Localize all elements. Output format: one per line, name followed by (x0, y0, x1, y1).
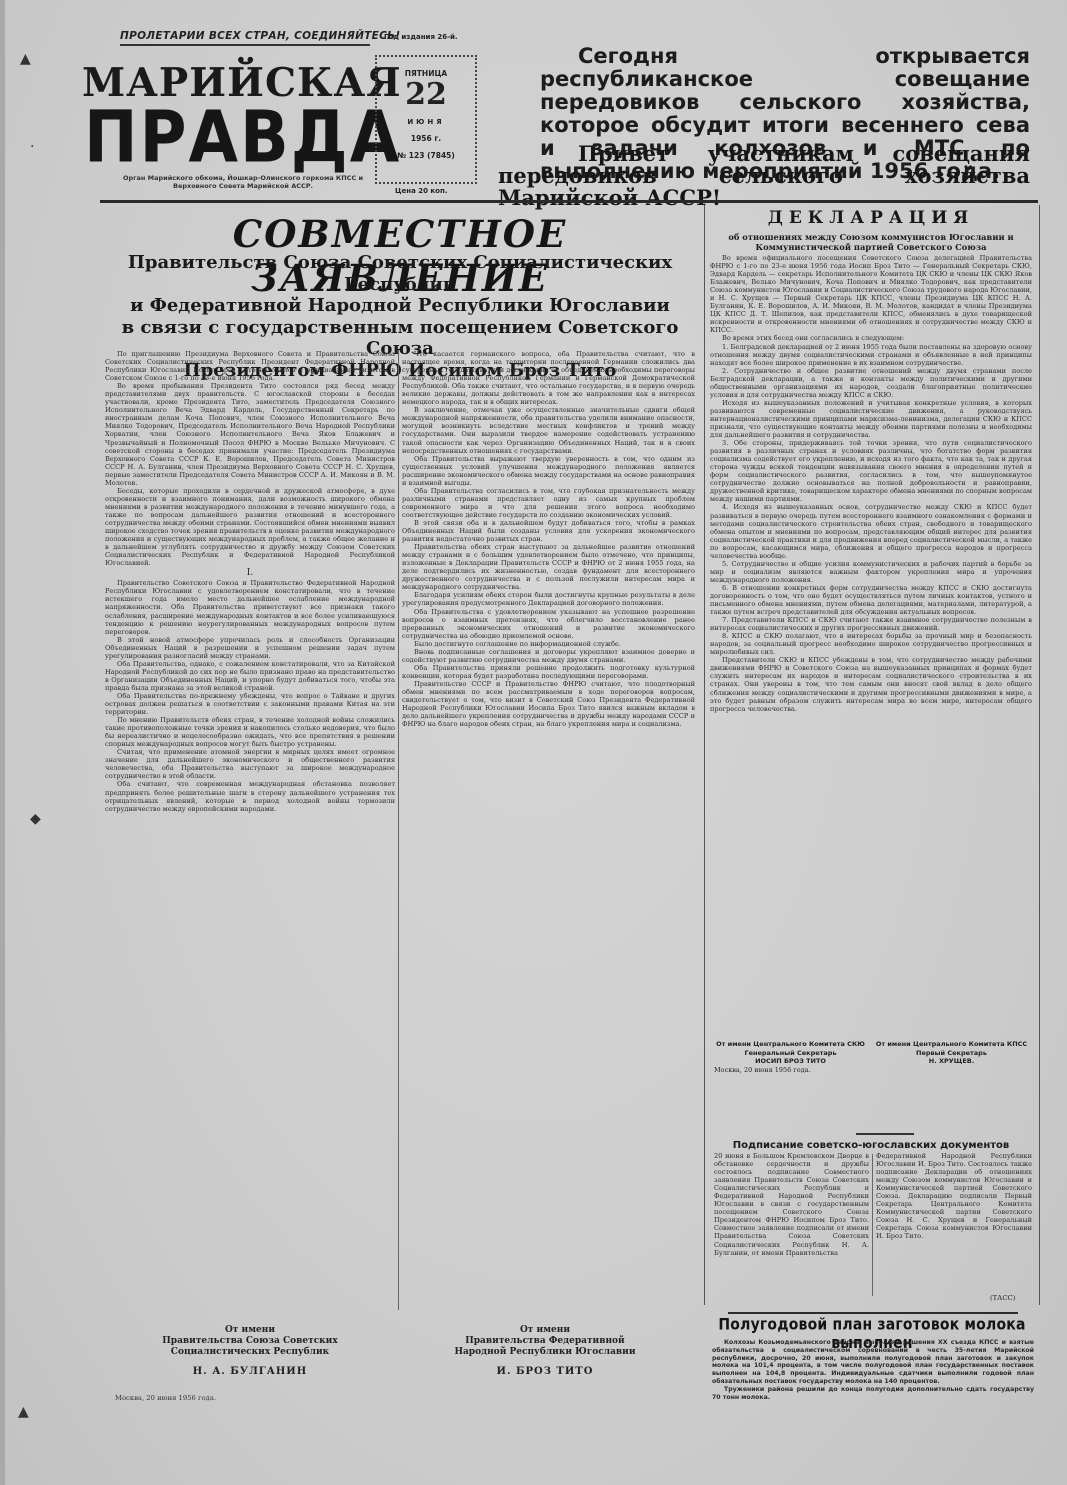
joint-statement-column-2: Что касается германского вопроса, оба Пр… (402, 350, 695, 1312)
paragraph: I. (105, 569, 395, 577)
signature-line: От имени (135, 1325, 365, 1336)
signature-yugoslavia: От имени Правительства Федеративной Наро… (430, 1325, 660, 1377)
news-source: (ТАСС) (990, 1294, 1015, 1302)
paragraph: 7. Представители КПСС и СКЮ считают такж… (710, 616, 1032, 632)
signature-on-behalf: От имени Центрального Комитета СКЮ (710, 1040, 871, 1049)
paragraph: 6. В отношении конкретных форм сотруднич… (710, 584, 1032, 616)
paragraph: Оба Правительства выражают твердую увере… (402, 455, 695, 487)
paragraph: В этой новой атмосфере упрочилась роль и… (105, 636, 395, 660)
section-divider (856, 1133, 914, 1135)
declaration-place-date: Москва, 20 июня 1956 года. (714, 1066, 1032, 1074)
declaration-title: ДЕКЛАРАЦИЯ (704, 208, 1038, 228)
paragraph: 2. Сотрудничество и общее развитие отнош… (710, 367, 1032, 399)
declaration-subtitle: об отношениях между Союзом коммунистов Ю… (710, 232, 1032, 252)
joint-statement-column-1: По приглашению Президиума Верховного Сов… (105, 350, 395, 1312)
signature-line: Правительства Федеративной (430, 1336, 660, 1347)
signature-line: Народной Республики Югославии (430, 1347, 660, 1358)
paragraph: Во время пребывания Президента Тито сост… (105, 382, 395, 487)
paragraph: Оба Правительства приняли решение продол… (402, 664, 695, 680)
paragraph: Оба Правительства с удовлетворением указ… (402, 608, 695, 640)
milk-article-body: Колхозы Козьмодемьянского района, выполн… (712, 1339, 1034, 1401)
signature-role: Первый Секретарь (871, 1049, 1032, 1058)
paragraph: Во время официального посещения Советско… (710, 254, 1032, 334)
declaration-body: Во время официального посещения Советско… (710, 254, 1032, 1038)
statement-place-date: Москва, 20 июня 1956 года. (115, 1394, 216, 1402)
year-of-publication: Год издания 26-й. (384, 33, 484, 41)
paragraph: Оба Правительства по-прежнему убеждены, … (105, 692, 395, 716)
paragraph: По приглашению Президиума Верховного Сов… (105, 350, 395, 382)
paragraph: 3. Обе стороны, придерживаясь той точки … (710, 439, 1032, 503)
paragraph: Оба считают, что современная международн… (105, 780, 395, 812)
paragraph: Оба Правительства, однако, с сожалением … (105, 660, 395, 692)
masthead-organ: Орган Марийского обкома, Йошкар-Олинског… (108, 174, 378, 190)
paragraph: Вновь подписанные соглашения и договоры … (402, 648, 695, 664)
binding-mark-icon: ▲ (18, 1405, 30, 1419)
signature-ussr: От имени Правительства Союза Советских С… (135, 1325, 365, 1377)
scan-edge (0, 0, 5, 1485)
paragraph: В этой связи оба и в дальнейшем будут до… (402, 519, 695, 543)
subtitle-line: и Федеративной Народной Республики Югосл… (100, 295, 700, 317)
signature-line: Социалистических Республик (135, 1347, 365, 1358)
day-number: 22 (377, 78, 475, 112)
signing-note-title: Подписание советско-югославских документ… (710, 1140, 1032, 1151)
newspaper-page: ▲ · ◆ ▲ ПРОЛЕТАРИИ ВСЕХ СТРАН, СОЕДИНЯЙТ… (0, 0, 1067, 1485)
paragraph: Правительство СССР и Правительство ФНРЮ … (402, 680, 695, 728)
signature-line: От имени (430, 1325, 660, 1336)
column-divider (872, 1154, 873, 1296)
paragraph: Благодаря усилиям обеих сторон были дост… (402, 591, 695, 607)
paragraph: Правительства обеих стран выступают за д… (402, 543, 695, 591)
paragraph: Что касается германского вопроса, оба Пр… (402, 350, 695, 406)
declaration-signatures: От имени Центрального Комитета СКЮ От им… (710, 1040, 1032, 1074)
paragraph: Было достигнуто соглашение по информацио… (402, 640, 695, 648)
paragraph: 1. Белградской декларацией от 2 июня 195… (710, 343, 1032, 367)
paragraph: Оба Правительства согласились в том, что… (402, 487, 695, 519)
paragraph: 8. КПСС и СКЮ полагают, что в интересах … (710, 632, 1032, 656)
paragraph: Во время этих бесед они согласились в сл… (710, 334, 1032, 342)
binding-mark-icon: · (30, 140, 42, 154)
signatory-name: И. БРОЗ ТИТО (430, 1366, 660, 1377)
paragraph: 4. Исходя из вышеуказанных основ, сотруд… (710, 503, 1032, 559)
issue-number: № 123 (7845) (377, 151, 475, 160)
binding-mark-icon: ◆ (30, 812, 42, 826)
paragraph: Представители СКЮ и КПСС убеждены в том,… (710, 656, 1032, 712)
paragraph: Беседы, которые проходили в сердечной и … (105, 487, 395, 567)
month: ИЮНЯ (377, 118, 475, 126)
paragraph: Правительство Советского Союза и Правите… (105, 579, 395, 635)
column-divider (398, 350, 399, 1310)
paragraph: 5. Сотрудничество и общие усилия коммуни… (710, 560, 1032, 584)
paragraph: В заключение, отмечая уже осуществленные… (402, 406, 695, 454)
price: Цена 20 коп. (395, 187, 465, 195)
masthead-rule (100, 200, 1038, 203)
year: 1956 г. (377, 134, 475, 143)
signing-note-column-b: Федеративной Народной Республики Югослав… (876, 1152, 1032, 1300)
signatory-name: Н. ХРУЩЕВ. (871, 1057, 1032, 1066)
paragraph: Считая, что применение атомной энергии в… (105, 748, 395, 780)
newspaper-title-main: ПРАВДА (84, 101, 370, 175)
paragraph: Колхозы Козьмодемьянского района, выполн… (712, 1339, 1034, 1386)
paragraph: Труженики района решили до конца полугод… (712, 1386, 1034, 1401)
paragraph: По мнению Правительств обеих стран, в те… (105, 716, 395, 748)
signatory-name: ИОСИП БРОЗ ТИТО (710, 1057, 871, 1066)
binding-mark-icon: ▲ (20, 52, 32, 66)
signing-note-column-a: 20 июня в Большом Кремлевском Дворце в о… (714, 1152, 869, 1300)
slogan: ПРОЛЕТАРИИ ВСЕХ СТРАН, СОЕДИНЯЙТЕСЬ! (120, 30, 370, 46)
signature-on-behalf: От имени Центрального Комитета КПСС (871, 1040, 1032, 1049)
paragraph: Исходя из вышеуказанных положений и учит… (710, 399, 1032, 439)
signatory-name: Н. А. БУЛГАНИН (135, 1366, 365, 1377)
section-divider (728, 1312, 1018, 1314)
signature-line: Правительства Союза Советских (135, 1336, 365, 1347)
date-box: ПЯТНИЦА 22 ИЮНЯ 1956 г. № 123 (7845) (375, 55, 477, 184)
signature-role: Генеральный Секретарь (710, 1049, 871, 1058)
subtitle-line: Правительств Союза Советских Социалистич… (100, 252, 700, 295)
